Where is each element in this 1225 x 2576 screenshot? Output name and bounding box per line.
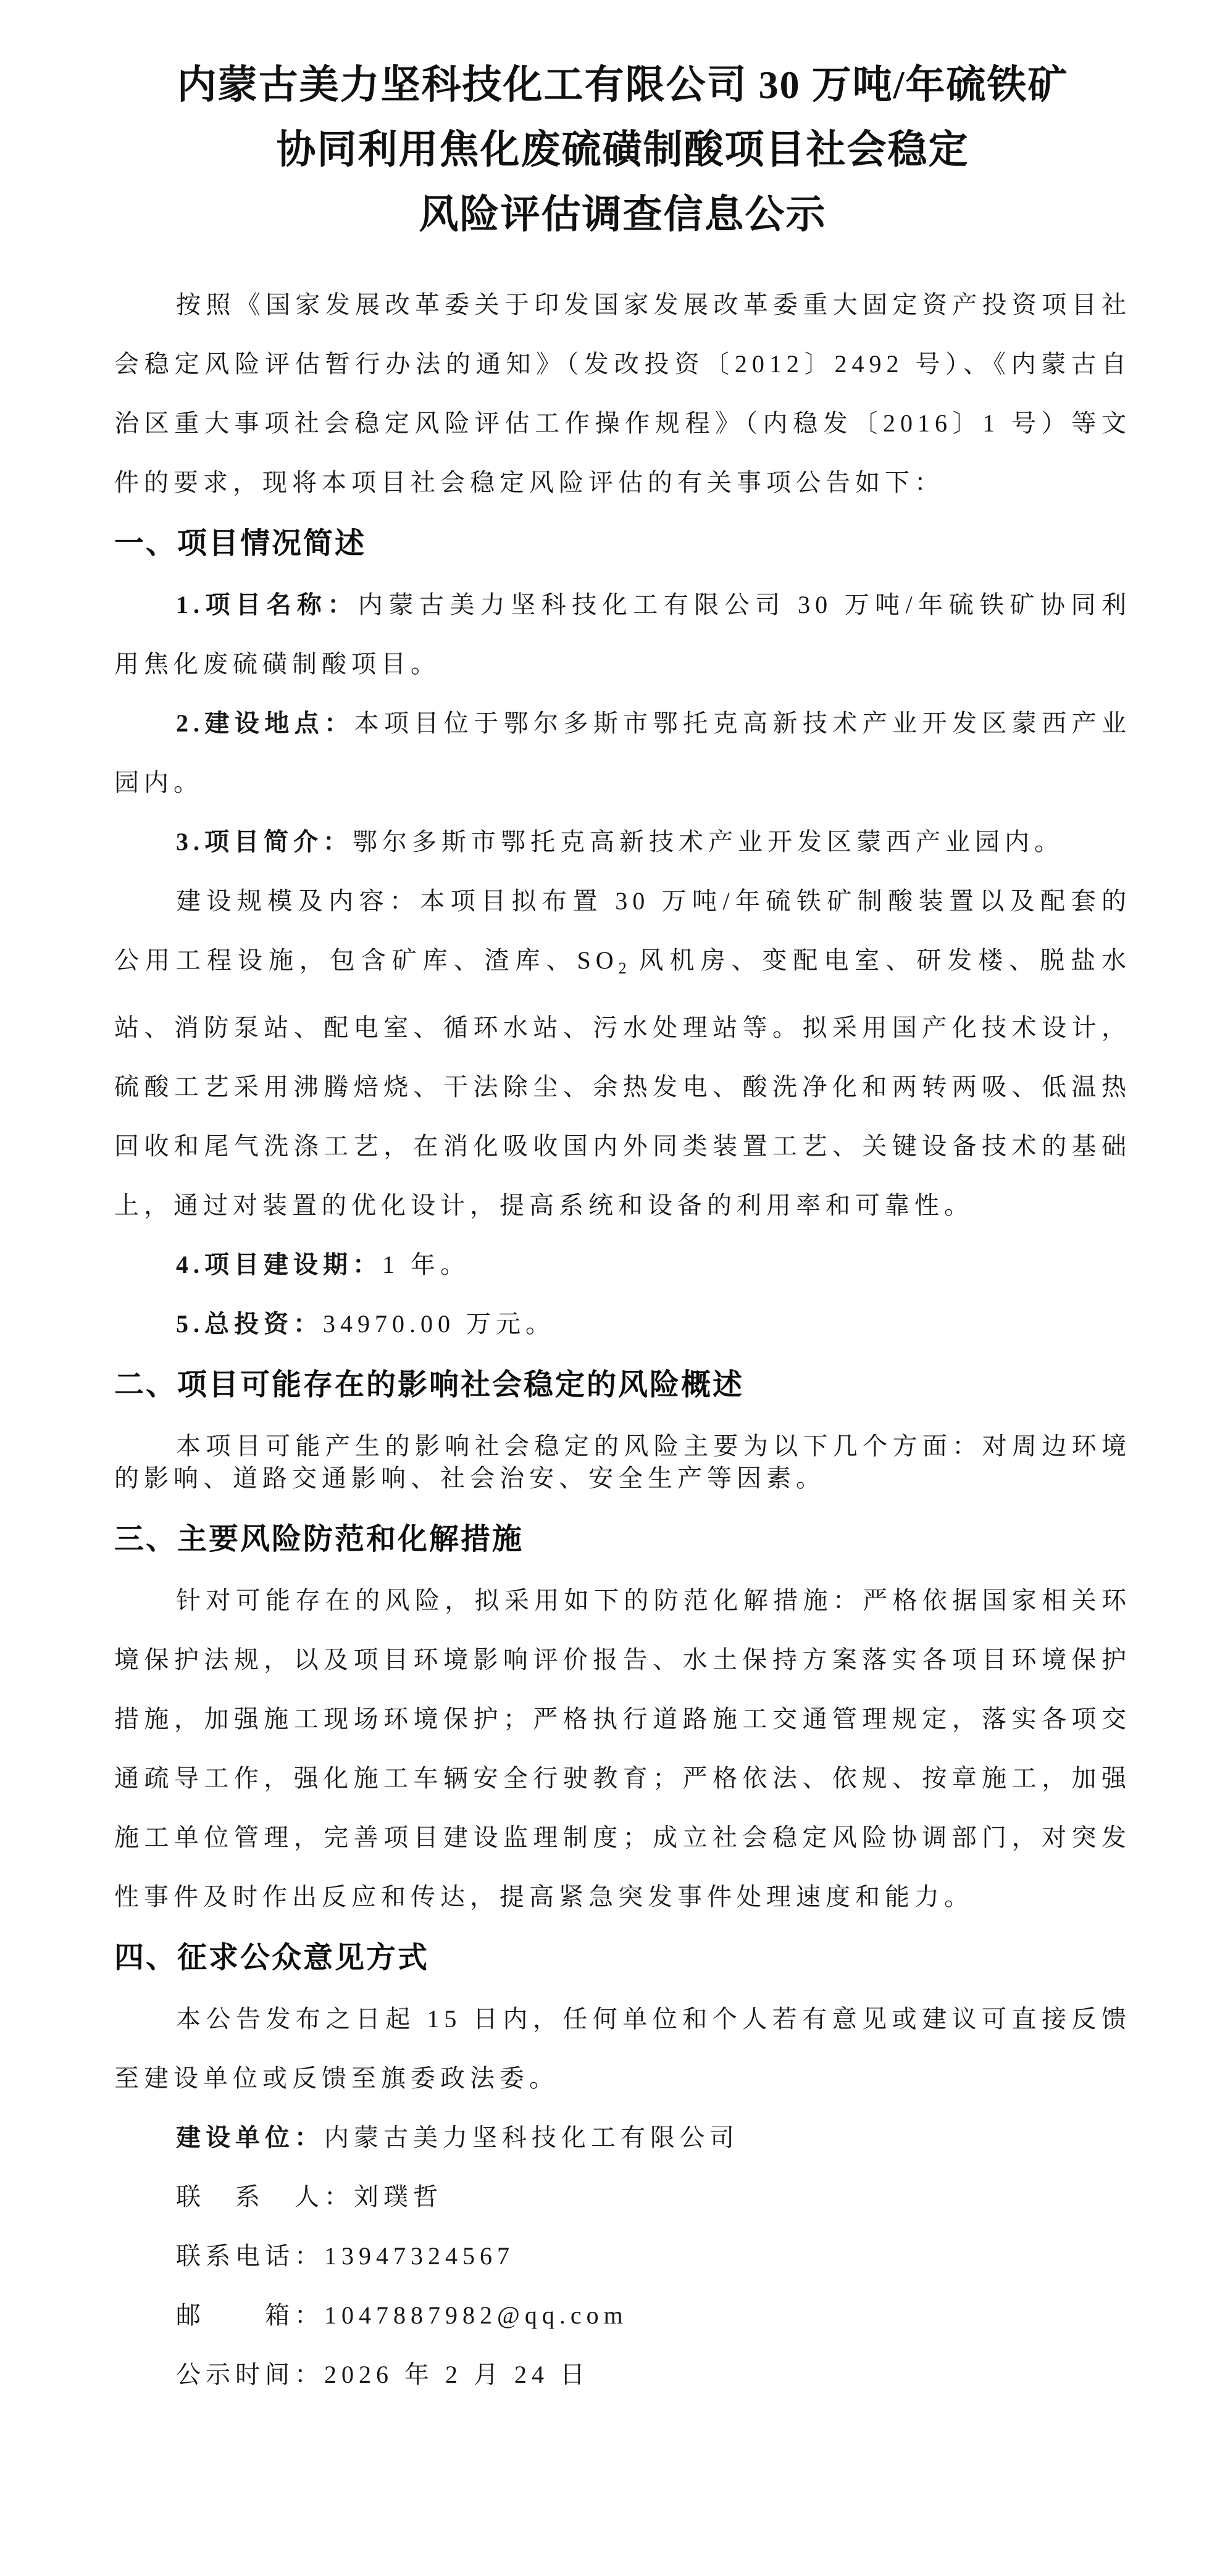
document-title: 内蒙古美力坚科技化工有限公司 30 万吨/年硫铁矿 协同利用焦化废硫磺制酸项目社… xyxy=(114,52,1131,247)
title-line-3: 风险评估调查信息公示 xyxy=(114,182,1131,247)
construction-period-label: 4.项目建设期： xyxy=(176,1251,382,1278)
total-investment-item: 5.总投资：34970.00 万元。 xyxy=(114,1294,1131,1354)
section-3-heading: 三、主要风险防范和化解措施 xyxy=(114,1508,1131,1571)
contact-person-row: 联 系 人：刘璞哲 xyxy=(114,2167,1131,2227)
construction-scale-rest: 风机房、变配电室、研发楼、脱盐水站、消防泵站、配电室、循环水站、污水处理站等。拟… xyxy=(114,946,1131,1219)
contact-unit-value: 内蒙古美力坚科技化工有限公司 xyxy=(324,2124,739,2151)
construction-scale-paragraph: 建设规模及内容：本项目拟布置 30 万吨/年硫铁矿制酸装置以及配套的公用工程设施… xyxy=(114,872,1131,1235)
contact-person-value: 刘璞哲 xyxy=(354,2183,443,2211)
announcement-page: 内蒙古美力坚科技化工有限公司 30 万吨/年硫铁矿 协同利用焦化废硫磺制酸项目社… xyxy=(0,0,1225,2576)
publicity-date-value: 2026 年 2 月 24 日 xyxy=(324,2361,590,2388)
project-brief-item: 3.项目简介：鄂尔多斯市鄂托克高新技术产业开发区蒙西产业园内。 xyxy=(114,812,1131,872)
section-1-heading: 一、项目情况简述 xyxy=(114,512,1131,575)
risk-overview-paragraph: 本项目可能产生的影响社会稳定的风险主要为以下几个方面：对周边环境的影响、道路交通… xyxy=(114,1430,1131,1494)
contact-person-label: 联 系 人： xyxy=(176,2183,354,2211)
construction-period-value: 1 年。 xyxy=(382,1251,470,1278)
contact-email-label: 邮 箱： xyxy=(176,2301,324,2329)
publicity-date-label: 公示时间： xyxy=(176,2361,324,2388)
contact-unit-row: 建设单位：内蒙古美力坚科技化工有限公司 xyxy=(114,2108,1131,2167)
section-2-heading: 二、项目可能存在的影响社会稳定的风险概述 xyxy=(114,1354,1131,1417)
contact-email-row: 邮 箱：1047887982@qq.com xyxy=(114,2286,1131,2345)
total-investment-value: 34970.00 万元。 xyxy=(323,1310,555,1338)
public-feedback-paragraph: 本公告发布之日起 15 日内，任何单位和个人若有意见或建议可直接反馈至建设单位或… xyxy=(114,1990,1131,2108)
contact-unit-label: 建设单位： xyxy=(176,2124,324,2151)
contact-phone-value: 13947324567 xyxy=(324,2242,514,2270)
construction-site-item: 2.建设地点：本项目位于鄂尔多斯市鄂托克高新技术产业开发区蒙西产业园内。 xyxy=(114,694,1131,812)
title-line-1: 内蒙古美力坚科技化工有限公司 30 万吨/年硫铁矿 xyxy=(114,52,1131,117)
intro-paragraph: 按照《国家发展改革委关于印发国家发展改革委重大固定资产投资项目社会稳定风险评估暂… xyxy=(114,275,1131,512)
publicity-date-row: 公示时间：2026 年 2 月 24 日 xyxy=(114,2345,1131,2404)
construction-period-item: 4.项目建设期：1 年。 xyxy=(114,1235,1131,1294)
total-investment-label: 5.总投资： xyxy=(176,1310,323,1338)
contact-phone-label: 联系电话： xyxy=(176,2242,324,2270)
contact-email-value: 1047887982@qq.com xyxy=(324,2301,628,2329)
project-name-item: 1.项目名称：内蒙古美力坚科技化工有限公司 30 万吨/年硫铁矿协同利用焦化废硫… xyxy=(114,575,1131,694)
construction-site-label: 2.建设地点： xyxy=(176,709,354,737)
project-brief-value: 鄂尔多斯市鄂托克高新技术产业开发区蒙西产业园内。 xyxy=(353,828,1064,856)
so2-subscript: 2 xyxy=(619,959,627,977)
contact-phone-row: 联系电话：13947324567 xyxy=(114,2227,1131,2286)
title-line-2: 协同利用焦化废硫磺制酸项目社会稳定 xyxy=(114,117,1131,182)
risk-mitigation-paragraph: 针对可能存在的风险，拟采用如下的防范化解措施：严格依据国家相关环境保护法规，以及… xyxy=(114,1571,1131,1927)
project-name-label: 1.项目名称： xyxy=(176,591,358,619)
section-4-heading: 四、征求公众意见方式 xyxy=(114,1927,1131,1990)
project-brief-label: 3.项目简介： xyxy=(176,828,353,856)
